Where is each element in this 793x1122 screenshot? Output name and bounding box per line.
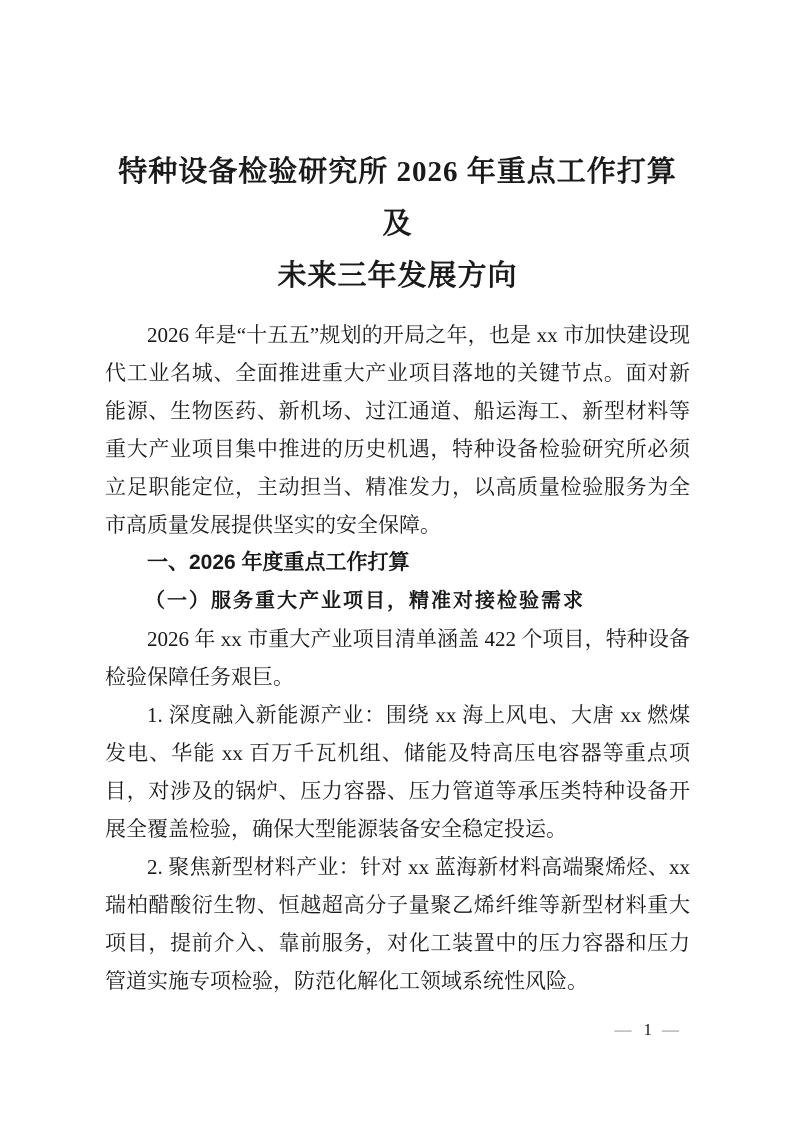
subsection-1-heading: （一）服务重大产业项目，精准对接检验需求 [105, 582, 690, 620]
intro-paragraph: 2026 年是“十五五”规划的开局之年，也是 xx 市加快建设现代工业名城、全面… [105, 316, 690, 544]
footer-dash-left: — [615, 1020, 634, 1040]
numbered-item-1: 1. 深度融入新能源产业：围绕 xx 海上风电、大唐 xx 燃煤发电、华能 xx… [105, 696, 690, 848]
document-title-line-2: 未来三年发展方向 [277, 260, 517, 292]
section-1-heading: 一、2026 年度重点工作打算 [105, 544, 690, 582]
document-page: 特种设备检验研究所 2026 年重点工作打算及 未来三年发展方向 2026 年是… [0, 0, 793, 1122]
document-title: 特种设备检验研究所 2026 年重点工作打算及 未来三年发展方向 [105, 146, 690, 302]
page-number: 1 [644, 1020, 653, 1040]
footer-dash-right: — [662, 1020, 681, 1040]
numbered-item-2: 2. 聚焦新型材料产业：针对 xx 蓝海新材料高端聚烯烃、xx 瑞柏醋酸衍生物、… [105, 848, 690, 1000]
page-footer: — 1 — [615, 1020, 682, 1040]
overview-paragraph: 2026 年 xx 市重大产业项目清单涵盖 422 个项目，特种设备检验保障任务… [105, 620, 690, 696]
document-title-line-1: 特种设备检验研究所 2026 年重点工作打算及 [118, 156, 677, 240]
